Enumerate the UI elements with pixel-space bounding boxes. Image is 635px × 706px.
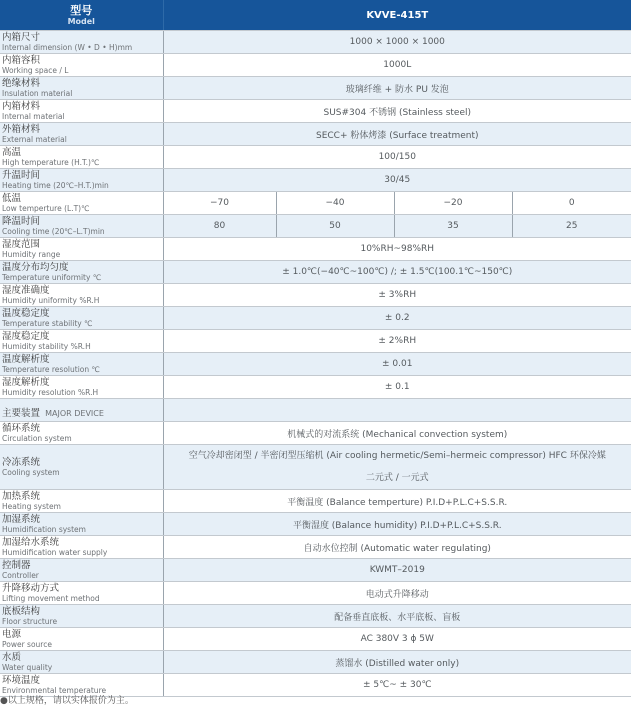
- cooling-line-2: 二元式 / 一元式: [164, 467, 632, 489]
- row-label: 加湿给水系统Humidification water supply: [0, 536, 163, 559]
- label-cn: 温度解析度: [2, 354, 163, 365]
- row-label: 升温时间Heating time (20℃–H.T.)min: [0, 169, 163, 192]
- table-row: 温度解析度Temperature resolution ℃ ± 0.01: [0, 353, 631, 376]
- table-row: 湿度稳定度Humidity stability %R.H ± 2%RH: [0, 330, 631, 353]
- label-cn: 降温时间: [2, 216, 163, 227]
- table-row: 加湿系统Humidification system 平衡湿度 (Balance …: [0, 513, 631, 536]
- label-cn: 水质: [2, 652, 163, 663]
- section-heading: 主要装置 MAJOR DEVICE: [0, 399, 163, 422]
- row-label: 加热系统Heating system: [0, 490, 163, 513]
- table-row: 内箱材料Internal material SUS#304 不锈钢 (Stain…: [0, 100, 631, 123]
- spec-table: 型号 Model KVVE-415T 内箱尺寸Internal dimensio…: [0, 0, 631, 697]
- row-label: 电源Power source: [0, 628, 163, 651]
- label-en: Humidification water supply: [2, 548, 163, 557]
- low-temp-row: 低温Low temperture (L.T)℃ −70 −40 −20 0: [0, 192, 631, 215]
- row-value: ± 0.2: [163, 307, 631, 330]
- label-en: Internal material: [2, 112, 163, 121]
- row-label: 外箱材料External material: [0, 123, 163, 146]
- low-temp-value: −70: [163, 192, 276, 215]
- table-row: 温度分布均匀度Temperature uniformity ℃ ± 1.0℃(−…: [0, 261, 631, 284]
- low-temp-value: 0: [512, 192, 631, 215]
- label-en: Heating system: [2, 502, 163, 511]
- label-en: Humidity range: [2, 250, 163, 259]
- row-value: ± 2%RH: [163, 330, 631, 353]
- section-heading-cn: 主要装置: [2, 408, 40, 419]
- table-row: 湿度准确度Humidity uniformity %R.H ± 3%RH: [0, 284, 631, 307]
- table-row: 外箱材料External material SECC+ 粉体烤漆 (Surfac…: [0, 123, 631, 146]
- row-value: SECC+ 粉体烤漆 (Surface treatment): [163, 123, 631, 146]
- label-en: Cooling time (20℃–L.T)min: [2, 227, 163, 236]
- row-value: ± 3%RH: [163, 284, 631, 307]
- row-label: 温度稳定度Temperature stability ℃: [0, 307, 163, 330]
- table-row: 升温时间Heating time (20℃–H.T.)min 30/45: [0, 169, 631, 192]
- row-value: SUS#304 不锈钢 (Stainless steel): [163, 100, 631, 123]
- row-label: 高温High temperature (H.T.)℃: [0, 146, 163, 169]
- cooling-line-1: 空气冷却密闭型 / 半密闭型压缩机 (Air cooling hermetic/…: [164, 445, 632, 467]
- model-label-cn: 型号: [0, 4, 163, 17]
- row-label: 湿度准确度Humidity uniformity %R.H: [0, 284, 163, 307]
- row-value: 空气冷却密闭型 / 半密闭型压缩机 (Air cooling hermetic/…: [163, 445, 631, 490]
- row-label: 降温时间Cooling time (20℃–L.T)min: [0, 215, 163, 238]
- label-cn: 湿度范围: [2, 239, 163, 250]
- row-label: 内箱尺寸Internal dimension (W • D • H)mm: [0, 31, 163, 54]
- row-label: 湿度解析度Humidity resolution %R.H: [0, 376, 163, 399]
- label-en: Humidity stability %R.H: [2, 342, 163, 351]
- table-header-row: 型号 Model KVVE-415T: [0, 0, 631, 31]
- label-cn: 绝缘材料: [2, 78, 163, 89]
- row-value: ± 1.0℃(−40℃~100℃) /; ± 1.5℃(100.1℃~150℃): [163, 261, 631, 284]
- table-row: 湿度解析度Humidity resolution %R.H ± 0.1: [0, 376, 631, 399]
- table-row: 湿度范围Humidity range 10%RH~98%RH: [0, 238, 631, 261]
- row-value: ± 5℃~ ± 30℃: [163, 674, 631, 697]
- row-label: 绝缘材料Insulation material: [0, 77, 163, 100]
- label-en: Low temperture (L.T)℃: [2, 204, 163, 213]
- label-en: High temperature (H.T.)℃: [2, 158, 163, 167]
- row-value: 1000 × 1000 × 1000: [163, 31, 631, 54]
- row-label: 温度解析度Temperature resolution ℃: [0, 353, 163, 376]
- label-cn: 外箱材料: [2, 124, 163, 135]
- label-en: Circulation system: [2, 434, 163, 443]
- label-cn: 升温时间: [2, 170, 163, 181]
- row-label: 升降移动方式Lifting movement method: [0, 582, 163, 605]
- table-row: 加热系统Heating system 平衡温度 (Balance tempert…: [0, 490, 631, 513]
- label-en: Cooling system: [2, 468, 163, 477]
- label-en: Temperature resolution ℃: [2, 365, 163, 374]
- label-en: Humidity uniformity %R.H: [2, 296, 163, 305]
- label-en: Working space / L: [2, 66, 163, 75]
- label-cn: 内箱容积: [2, 55, 163, 66]
- label-en: Heating time (20℃–H.T.)min: [2, 181, 163, 190]
- row-label: 湿度范围Humidity range: [0, 238, 163, 261]
- row-label: 湿度稳定度Humidity stability %R.H: [0, 330, 163, 353]
- label-cn: 内箱材料: [2, 101, 163, 112]
- label-cn: 加湿系统: [2, 514, 163, 525]
- table-row: 循环系统Circulation system 机械式的对流系统 (Mechani…: [0, 422, 631, 445]
- row-label: 控制器Controller: [0, 559, 163, 582]
- row-value: AC 380V 3 ϕ 5W: [163, 628, 631, 651]
- label-en: Floor structure: [2, 617, 163, 626]
- label-en: Temperature uniformity ℃: [2, 273, 163, 282]
- row-value: KWMT–2019: [163, 559, 631, 582]
- label-cn: 内箱尺寸: [2, 32, 163, 43]
- cooling-time-value: 25: [512, 215, 631, 238]
- row-value: 30/45: [163, 169, 631, 192]
- label-en: Humidification system: [2, 525, 163, 534]
- row-value: 10%RH~98%RH: [163, 238, 631, 261]
- label-cn: 湿度解析度: [2, 377, 163, 388]
- row-value: 自动水位控制 (Automatic water regulating): [163, 536, 631, 559]
- section-heading-en: MAJOR DEVICE: [45, 409, 104, 418]
- label-cn: 控制器: [2, 560, 163, 571]
- low-temp-value: −40: [276, 192, 394, 215]
- table-row: 电源Power source AC 380V 3 ϕ 5W: [0, 628, 631, 651]
- label-cn: 温度稳定度: [2, 308, 163, 319]
- model-label-cell: 型号 Model: [0, 0, 163, 31]
- label-cn: 底板结构: [2, 606, 163, 617]
- label-cn: 升降移动方式: [2, 583, 163, 594]
- major-device-row: 主要装置 MAJOR DEVICE: [0, 399, 631, 422]
- section-empty-cell: [163, 399, 631, 422]
- row-label: 低温Low temperture (L.T)℃: [0, 192, 163, 215]
- table-row: 温度稳定度Temperature stability ℃ ± 0.2: [0, 307, 631, 330]
- label-cn: 高温: [2, 147, 163, 158]
- footnote: ●以上规格，请以实体报价为主。: [0, 693, 134, 706]
- row-value: ± 0.01: [163, 353, 631, 376]
- table-row: 高温High temperature (H.T.)℃ 100/150: [0, 146, 631, 169]
- row-label: 冷冻系统Cooling system: [0, 445, 163, 490]
- row-value: ± 0.1: [163, 376, 631, 399]
- row-label: 温度分布均匀度Temperature uniformity ℃: [0, 261, 163, 284]
- label-cn: 加湿给水系统: [2, 537, 163, 548]
- row-value: 蒸馏水 (Distilled water only): [163, 651, 631, 674]
- table-row: 水质Water quality 蒸馏水 (Distilled water onl…: [0, 651, 631, 674]
- table-row: 加湿给水系统Humidification water supply 自动水位控制…: [0, 536, 631, 559]
- cooling-system-row: 冷冻系统Cooling system 空气冷却密闭型 / 半密闭型压缩机 (Ai…: [0, 445, 631, 490]
- label-cn: 温度分布均匀度: [2, 262, 163, 273]
- label-cn: 加热系统: [2, 491, 163, 502]
- row-label: 水质Water quality: [0, 651, 163, 674]
- row-label: 内箱容积Working space / L: [0, 54, 163, 77]
- cooling-time-row: 降温时间Cooling time (20℃–L.T)min 80 50 35 2…: [0, 215, 631, 238]
- table-row: 控制器Controller KWMT–2019: [0, 559, 631, 582]
- row-value: 电动式升降移动: [163, 582, 631, 605]
- label-en: External material: [2, 135, 163, 144]
- model-value: KVVE-415T: [163, 0, 631, 31]
- table-row: 内箱容积Working space / L 1000L: [0, 54, 631, 77]
- row-label: 循环系统Circulation system: [0, 422, 163, 445]
- table-row: 绝缘材料Insulation material 玻璃纤维 + 防水 PU 发泡: [0, 77, 631, 100]
- label-cn: 循环系统: [2, 423, 163, 434]
- label-en: Temperature stability ℃: [2, 319, 163, 328]
- label-en: Internal dimension (W • D • H)mm: [2, 43, 163, 52]
- row-label: 底板结构Floor structure: [0, 605, 163, 628]
- row-label: 内箱材料Internal material: [0, 100, 163, 123]
- row-value: 100/150: [163, 146, 631, 169]
- label-cn: 低温: [2, 193, 163, 204]
- label-cn: 湿度准确度: [2, 285, 163, 296]
- label-en: Controller: [2, 571, 163, 580]
- cooling-time-value: 80: [163, 215, 276, 238]
- label-en: Lifting movement method: [2, 594, 163, 603]
- table-row: 底板结构Floor structure 配备垂直底板、水平底板、盲板: [0, 605, 631, 628]
- row-label: 加湿系统Humidification system: [0, 513, 163, 536]
- label-cn: 湿度稳定度: [2, 331, 163, 342]
- label-en: Power source: [2, 640, 163, 649]
- label-cn: 环境温度: [2, 675, 163, 686]
- low-temp-value: −20: [394, 192, 512, 215]
- label-en: Water quality: [2, 663, 163, 672]
- row-value: 1000L: [163, 54, 631, 77]
- model-label-en: Model: [0, 17, 163, 26]
- row-value: 配备垂直底板、水平底板、盲板: [163, 605, 631, 628]
- label-en: Insulation material: [2, 89, 163, 98]
- row-value: 平衡湿度 (Balance humidity) P.I.D+P.L.C+S.S.…: [163, 513, 631, 536]
- label-en: Humidity resolution %R.H: [2, 388, 163, 397]
- table-row: 内箱尺寸Internal dimension (W • D • H)mm 100…: [0, 31, 631, 54]
- cooling-time-value: 35: [394, 215, 512, 238]
- label-cn: 冷冻系统: [2, 457, 163, 468]
- row-value: 玻璃纤维 + 防水 PU 发泡: [163, 77, 631, 100]
- cooling-time-value: 50: [276, 215, 394, 238]
- label-cn: 电源: [2, 629, 163, 640]
- row-value: 机械式的对流系统 (Mechanical convection system): [163, 422, 631, 445]
- row-value: 平衡温度 (Balance temperture) P.I.D+P.L.C+S.…: [163, 490, 631, 513]
- table-row: 升降移动方式Lifting movement method 电动式升降移动: [0, 582, 631, 605]
